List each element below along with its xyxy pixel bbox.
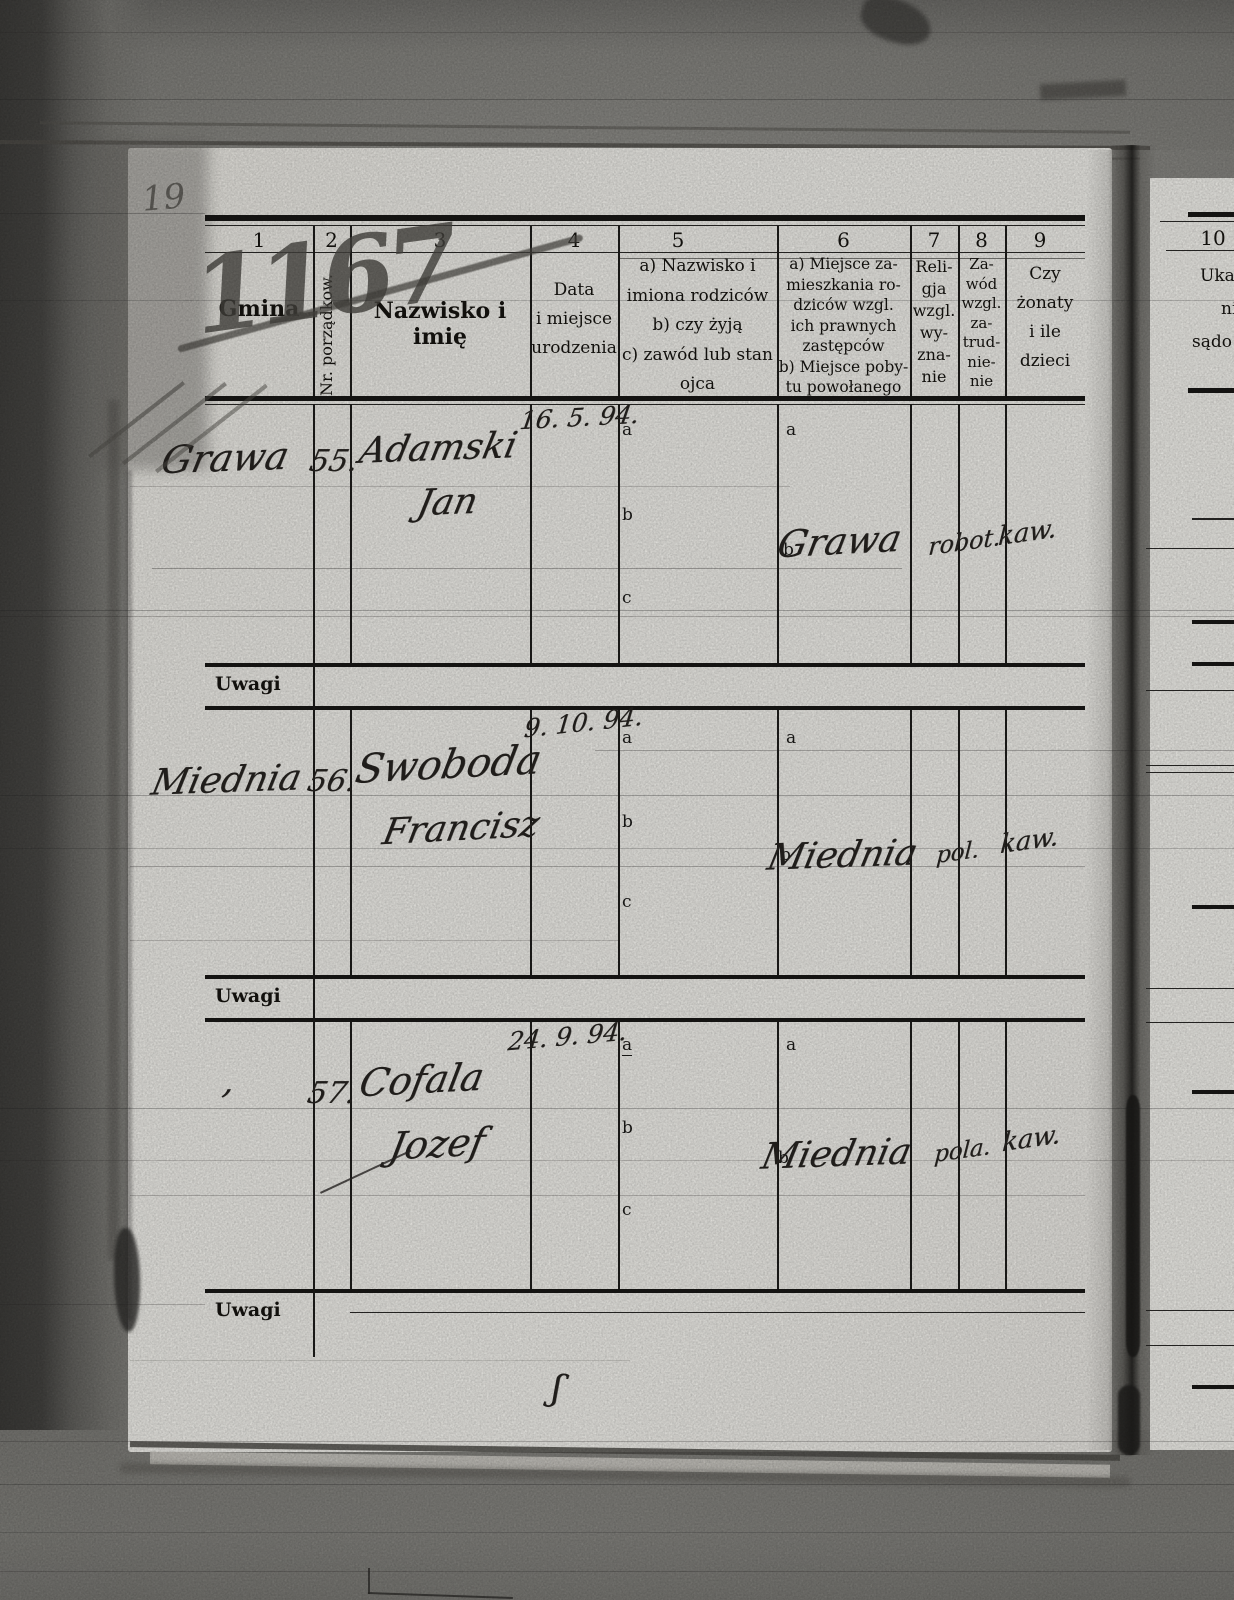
divider [530,1022,532,1289]
sub-label-b: b [622,812,633,832]
rule [1188,388,1234,393]
header-religja: Reli- gja wzgl. wy- zna- nie [910,256,958,388]
uwagi-label: Uwagi [215,673,295,695]
rule [1166,250,1234,251]
column-number-9: 9 [1005,228,1075,252]
header-data-urodzenia: Data i miejsce urodzenia [527,276,621,363]
divider [313,1022,315,1289]
order-number: 56. [304,764,359,799]
scratch-line [0,300,1234,301]
gutter-ink-blob [1126,1095,1140,1357]
rule [1160,221,1234,222]
header-miejsce: a) Miejsce za- mieszkania ro- dziców wzg… [777,254,910,398]
scratch-line [0,610,1234,611]
rule [1188,212,1234,217]
rule [1192,518,1234,520]
scratch-line [0,213,205,214]
divider [530,404,532,663]
ink-smear-left [114,1228,140,1332]
surname: Adamski [356,425,521,472]
sub-label-b: b [622,1118,633,1138]
right-column-header-line: ni [1221,299,1234,319]
right-page-fragment [1150,178,1234,1450]
sub-label-c: c [622,588,632,608]
rule [1146,1310,1234,1311]
order-number: 55. [306,444,361,479]
scratch-line [0,1532,1234,1533]
sub-label-c: c [622,892,632,912]
divider [350,710,352,975]
divider [350,1022,352,1289]
residence-entry: Miednia [764,832,922,879]
scratch-line [0,1160,1234,1161]
scratch-line [130,940,620,941]
divider [350,404,352,663]
rule [205,404,1085,405]
scratch-line [0,1108,1234,1109]
sub-label-c: c [622,1200,632,1220]
scratch-line [0,1571,1234,1572]
rule [1192,620,1234,624]
writing-guide-line [130,1195,1085,1196]
firstname: Jan [414,481,482,524]
scratch-line [0,848,1234,849]
rule [1146,690,1234,691]
scratch-line [0,1441,1234,1442]
sub-label-a: a [622,420,632,440]
sub-label-a: a [786,420,796,440]
residence-entry: Miednia [758,1131,916,1178]
scratch-line [130,486,790,487]
divider [313,404,315,663]
scratch-line [0,616,1234,617]
rule [1146,1345,1234,1346]
scratch-line [0,99,1234,100]
writing-guide-line [152,568,902,569]
surname: Cofala [356,1055,488,1106]
uwagi-label: Uwagi [215,1299,295,1321]
divider [910,404,912,663]
sub-label-a: a [622,728,632,748]
column-number-6: 6 [777,228,910,252]
divider [313,975,315,1022]
sub-label-b: b [622,505,633,525]
rule [1146,1022,1234,1023]
divider [777,404,779,663]
divider [618,404,620,663]
rule [1146,988,1234,989]
column-number-5: 5 [618,228,738,252]
page-fold-streak [108,400,119,1260]
divider [618,1022,620,1289]
writing-guide-line [595,750,1234,751]
firstname: Francisz [379,804,543,854]
sub-label-a: a [786,728,796,748]
right-column-header-line: Ukar [1200,266,1234,286]
scratch-line [0,1484,1234,1485]
scratch-line [0,795,1234,796]
gmina-entry: Grawa [157,434,293,483]
residence-entry: Grawa [774,517,905,567]
rule [205,706,1085,710]
rule [1192,905,1234,909]
right-column-header-line: sądo [1192,332,1234,352]
divider [313,1289,315,1357]
order-number: 57. [304,1076,359,1111]
rule [1192,1090,1234,1094]
page-fold-streak [126,470,132,1320]
divider [910,1022,912,1289]
scratch-line [130,1360,630,1361]
divider [313,710,315,975]
rule [350,1312,1085,1313]
rule [205,1018,1085,1022]
firstname: Jozef [386,1119,489,1168]
rule [1192,662,1234,666]
scratch-line [0,1304,205,1305]
right-column-number-10: 10 [1192,226,1234,250]
rule [205,1289,1085,1293]
rule [205,975,1085,979]
header-czy-zonaty: Czy żonaty i ile dzieci [1005,260,1085,376]
header-zawod: Za- wód wzgl. za- trud- nie- nie [958,255,1005,392]
scratch-line [0,32,1234,33]
rule [1146,548,1234,549]
divider [313,663,315,710]
rule [1146,772,1234,773]
uwagi-label: Uwagi [215,985,295,1007]
column-number-8: 8 [958,228,1005,252]
header-rodzice: a) Nazwisko i imiona rodziców b) czy żyj… [618,252,777,400]
scanned-register-page: 10 Ukar ni sądo [0,0,1234,1600]
gutter-ink-blob [1118,1385,1140,1455]
sub-label-a: a [786,1035,796,1055]
rule [205,663,1085,667]
sub-label-a: a [622,1035,632,1056]
rule [1146,765,1234,766]
column-number-7: 7 [910,228,958,252]
gmina-entry: Miednia [148,757,306,804]
writing-guide-line [130,866,1085,867]
rule [1192,1385,1234,1389]
